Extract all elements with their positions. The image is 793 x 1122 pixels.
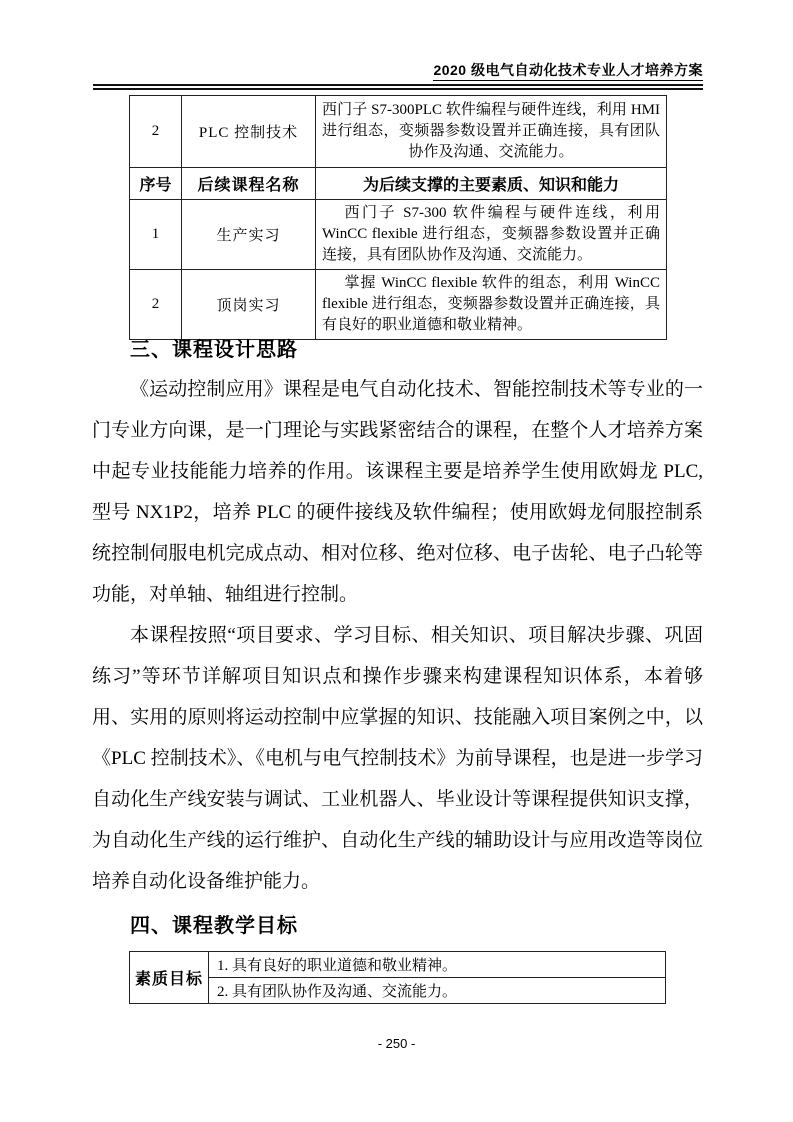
table-row: 素质目标 1. 具有良好的职业道德和敬业精神。 [130,952,666,978]
page-number: - 250 - [0,1036,793,1051]
table-row: 2 顶岗实习 掌握 WinCC flexible 软件的组态，利用 WinCC … [130,270,667,340]
goal-item-cell: 1. 具有良好的职业道德和敬业精神。 [209,952,666,978]
course-desc-cell: 西门子 S7-300PLC 软件编程与硬件连线，利用 HMI 进行组态，变频器参… [316,96,667,168]
paragraph: 《运动控制应用》课程是电气自动化技术、智能控制技术等专业的一门专业方向课，是一门… [92,369,703,615]
course-desc-cell: 西门子 S7-300 软件编程与硬件连线，利用 WinCC flexible 进… [316,200,667,270]
table-row: 2 PLC 控制技术 西门子 S7-300PLC 软件编程与硬件连线，利用 HM… [130,96,667,168]
table-header-row: 序号 后续课程名称 为后续支撑的主要素质、知识和能力 [130,168,667,200]
goal-category-cell: 素质目标 [130,952,209,1004]
section-heading-teaching-goals: 四、课程教学目标 [130,914,298,938]
table-row: 2. 具有团队协作及沟通、交流能力。 [130,978,666,1004]
course-name-cell: PLC 控制技术 [182,96,316,168]
quality-goals-table: 素质目标 1. 具有良好的职业道德和敬业精神。 2. 具有团队协作及沟通、交流能… [129,951,666,1004]
table-row: 1 生产实习 西门子 S7-300 软件编程与硬件连线，利用 WinCC fle… [130,200,667,270]
row-number-cell: 2 [130,96,182,168]
section-heading-course-design: 三、课程设计思路 [130,338,298,362]
course-design-body: 《运动控制应用》课程是电气自动化技术、智能控制技术等专业的一门专业方向课，是一门… [92,369,703,902]
course-name-cell: 生产实习 [182,200,316,270]
prerequisite-courses-table: 2 PLC 控制技术 西门子 S7-300PLC 软件编程与硬件连线，利用 HM… [129,95,667,340]
document-page: 2020 级电气自动化技术专业人才培养方案 2 PLC 控制技术 西门子 S7-… [0,0,793,1122]
row-number-cell: 2 [130,270,182,340]
row-number-cell: 1 [130,200,182,270]
header-double-rule [93,84,703,90]
paragraph: 本课程按照“项目要求、学习目标、相关知识、项目解决步骤、巩固练习”等环节详解项目… [92,615,703,902]
page-header-title: 2020 级电气自动化技术专业人才培养方案 [433,62,703,81]
course-desc-cell: 掌握 WinCC flexible 软件的组态，利用 WinCC flexibl… [316,270,667,340]
course-name-cell: 顶岗实习 [182,270,316,340]
column-header-no: 序号 [130,168,182,200]
goal-item-cell: 2. 具有团队协作及沟通、交流能力。 [209,978,666,1004]
column-header-support: 为后续支撑的主要素质、知识和能力 [316,168,667,200]
column-header-course: 后续课程名称 [182,168,316,200]
